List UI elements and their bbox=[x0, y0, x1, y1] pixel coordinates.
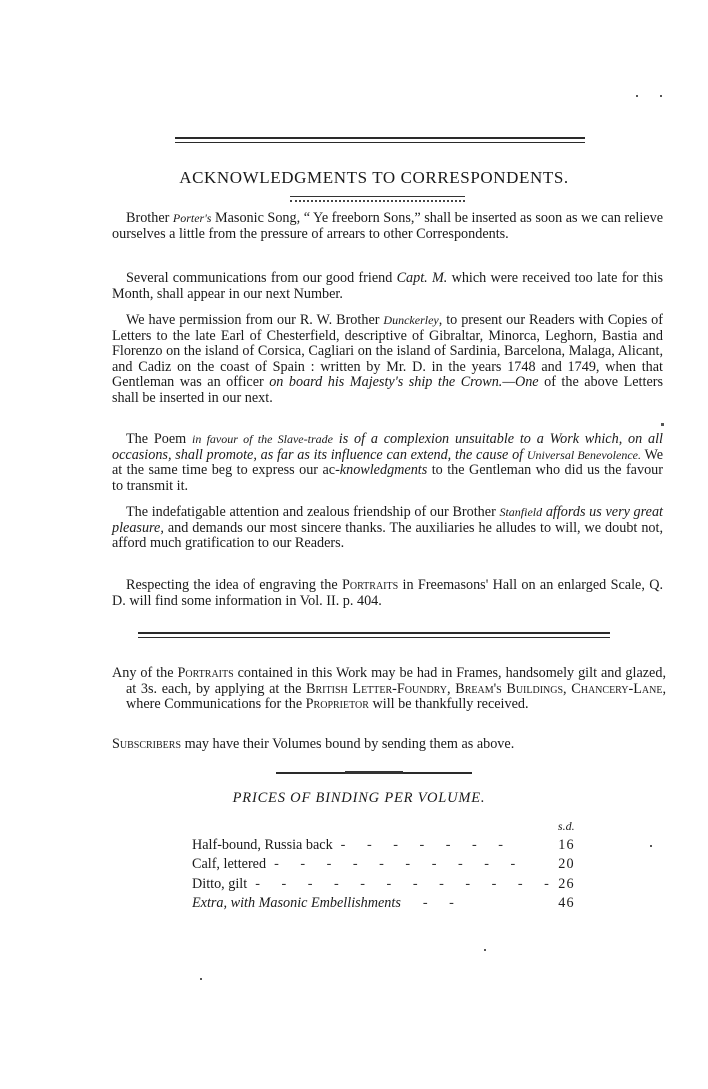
document-page: ACKNOWLEDGMENTS TO CORRESPONDENTS. Broth… bbox=[0, 0, 708, 1089]
text: and demands our most sincere thanks. The… bbox=[112, 520, 663, 552]
pence-value: 0 bbox=[566, 855, 575, 875]
heading-ornament-rule bbox=[290, 196, 465, 202]
name-capt-m: Capt. M. bbox=[397, 270, 448, 286]
paragraph-stanfield: The indefatigable attention and zealous … bbox=[112, 505, 663, 552]
prices-title: PRICES OF BINDING PER VOLUME. bbox=[0, 790, 708, 807]
shillings-header: s. bbox=[558, 816, 566, 836]
text: Any of the bbox=[112, 665, 177, 681]
text: may have their Volumes bound by sending … bbox=[181, 736, 514, 752]
page-heading: ACKNOWLEDGMENTS TO CORRESPONDENTS. bbox=[0, 168, 708, 188]
pence-value: 6 bbox=[566, 875, 575, 895]
scan-speck bbox=[660, 95, 662, 97]
name-porter: Porter's bbox=[173, 211, 212, 225]
text: will be thankfully received. bbox=[369, 696, 529, 712]
portraits-smallcaps: Portraits bbox=[342, 577, 398, 593]
paragraph-slave-trade-poem: The Poem in favour of the Slave-trade is… bbox=[112, 432, 663, 494]
scan-speck bbox=[661, 423, 664, 426]
subscribers-smallcaps: Subscribers bbox=[112, 736, 181, 752]
paragraph-dunckerley: We have permission from our R. W. Brothe… bbox=[112, 313, 663, 407]
notice-portraits-frames: Any of the Portraits contained in this W… bbox=[112, 666, 666, 713]
shillings-value: 2 bbox=[558, 875, 566, 895]
text: The Poem bbox=[126, 431, 192, 447]
binding-label: Ditto, gilt bbox=[192, 876, 247, 892]
leader-dashes: - - - - - - - - - - bbox=[266, 856, 524, 872]
text: Respecting the idea of engraving the bbox=[126, 577, 342, 593]
scan-speck bbox=[650, 845, 652, 847]
shillings-value: 4 bbox=[558, 894, 566, 914]
shillings-value: 2 bbox=[558, 855, 566, 875]
name-stanfield: Stanfield bbox=[499, 505, 542, 519]
text: where Communications for the bbox=[126, 696, 306, 712]
mid-double-rule bbox=[138, 632, 610, 638]
universal-benevolence: Universal Benevolence. bbox=[527, 448, 641, 462]
scan-speck bbox=[484, 949, 486, 951]
pence-header: d. bbox=[566, 816, 575, 836]
top-double-rule bbox=[175, 137, 585, 143]
leader-dashes: - - - - - - - - - - - - bbox=[247, 876, 558, 892]
proprietor-smallcaps: Proprietor bbox=[306, 696, 369, 712]
price-row: Half-bound, Russia back- - - - - - - 1 6 bbox=[192, 836, 575, 856]
scan-speck bbox=[200, 978, 202, 980]
poem-title: in favour of the Slave-trade bbox=[192, 432, 333, 446]
text: The indefatigable attention and zealous … bbox=[126, 504, 499, 520]
binding-label: Extra, with Masonic Embellishments bbox=[192, 895, 401, 911]
pence-value: 6 bbox=[566, 894, 575, 914]
text-italic: knowledgments bbox=[340, 462, 427, 478]
leader-dashes: - - - - - - - bbox=[333, 837, 512, 853]
name-dunckerley: Dunckerley bbox=[383, 313, 438, 327]
price-row: Calf, lettered- - - - - - - - - - 2 0 bbox=[192, 855, 575, 875]
binding-price-table: s. d. Half-bound, Russia back- - - - - -… bbox=[192, 816, 575, 914]
text-italic: on board his Majesty's ship the Crown.—O… bbox=[269, 374, 538, 390]
address-smallcaps: British Letter-Foundry, Bream's Building… bbox=[306, 681, 666, 697]
paragraph-capt-m: Several communications from our good fri… bbox=[112, 271, 663, 302]
prices-rule-ornament bbox=[345, 771, 404, 774]
binding-label: Calf, lettered bbox=[192, 856, 266, 872]
binding-label: Half-bound, Russia back bbox=[192, 837, 333, 853]
text: Brother bbox=[126, 210, 173, 226]
text: We have permission from our R. W. Brothe… bbox=[126, 312, 383, 328]
price-table-header: s. d. bbox=[192, 816, 575, 836]
pence-value: 6 bbox=[566, 836, 575, 856]
prices-rule bbox=[276, 772, 472, 774]
shillings-value: 1 bbox=[558, 836, 566, 856]
price-row: Extra, with Masonic Embellishments- - 4 … bbox=[192, 894, 575, 914]
paragraph-porter: Brother Porter's Masonic Song, “ Ye free… bbox=[112, 211, 663, 242]
scan-speck bbox=[636, 95, 638, 97]
paragraph-portraits-engraving: Respecting the idea of engraving the Por… bbox=[112, 578, 663, 609]
portraits-smallcaps: Portraits bbox=[177, 665, 233, 681]
notice-subscribers: Subscribers may have their Volumes bound… bbox=[112, 737, 663, 753]
text: affords us bbox=[542, 504, 605, 520]
price-row: Ditto, gilt- - - - - - - - - - - - 2 6 bbox=[192, 875, 575, 895]
text: Several communications from our good fri… bbox=[126, 270, 397, 286]
leader-dashes: - - bbox=[401, 895, 463, 911]
